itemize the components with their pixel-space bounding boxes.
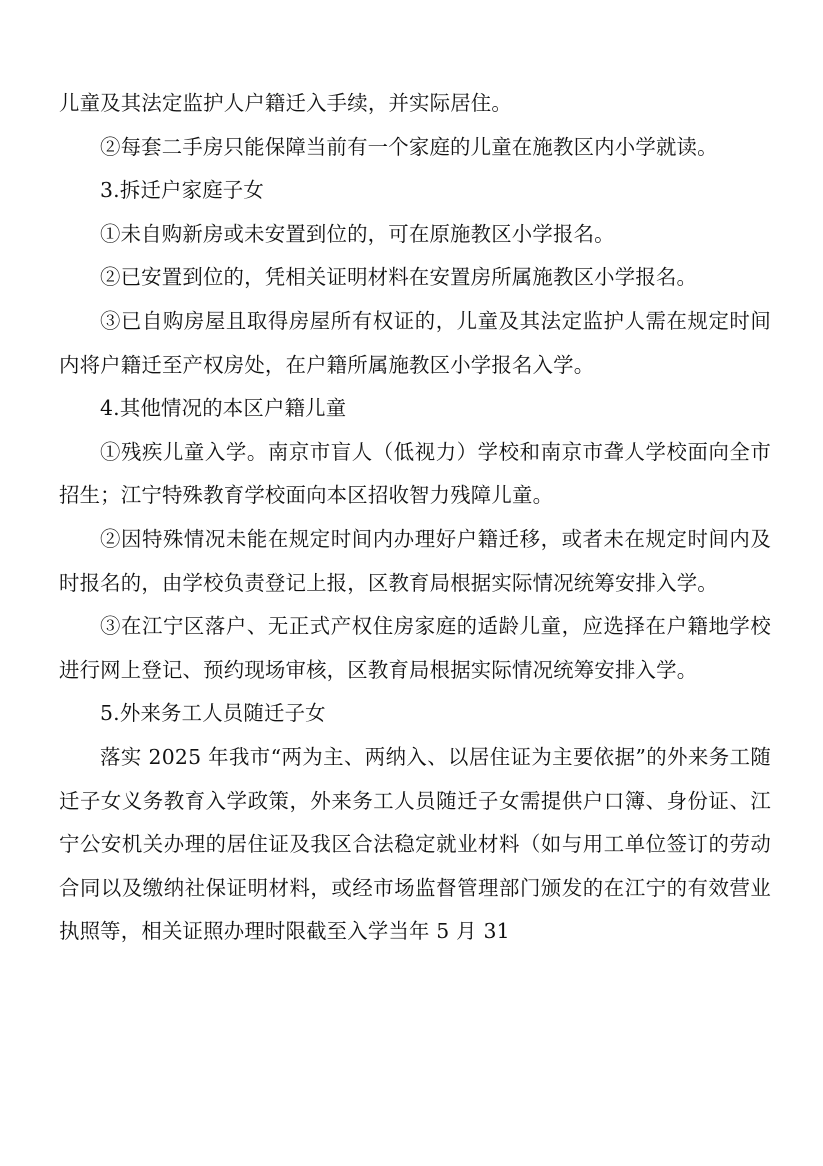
section-heading-relocated-families: 3.拆迁户家庭子女 (59, 169, 771, 213)
paragraph-special-circumstances: ②因特殊情况未能在规定时间内办理好户籍迁移，或者未在规定时间内及时报名的，由学校… (59, 518, 771, 605)
document-page: 儿童及其法定监护人户籍迁入手续，并实际居住。 ②每套二手房只能保障当前有一个家庭… (59, 82, 771, 954)
paragraph-not-resettled: ①未自购新房或未安置到位的，可在原施教区小学报名。 (59, 213, 771, 257)
paragraph-second-hand-house-rule: ②每套二手房只能保障当前有一个家庭的儿童在施教区内小学就读。 (59, 126, 771, 170)
paragraph-migrant-policy: 落实 2025 年我市“两为主、两纳入、以居住证为主要依据”的外来务工随迁子女义… (59, 736, 771, 954)
paragraph-resettled: ②已安置到位的，凭相关证明材料在安置房所属施教区小学报名。 (59, 256, 771, 300)
section-heading-migrant-workers-children: 5.外来务工人员随迁子女 (59, 692, 771, 736)
paragraph-continuation: 儿童及其法定监护人户籍迁入手续，并实际居住。 (59, 82, 771, 126)
paragraph-self-purchased: ③已自购房屋且取得房屋所有权证的，儿童及其法定监护人需在规定时间内将户籍迁至产权… (59, 300, 771, 387)
paragraph-no-property-families: ③在江宁区落户、无正式产权住房家庭的适龄儿童，应选择在户籍地学校进行网上登记、预… (59, 605, 771, 692)
section-heading-other-local-children: 4.其他情况的本区户籍儿童 (59, 387, 771, 431)
paragraph-disabled-children: ①残疾儿童入学。南京市盲人（低视力）学校和南京市聋人学校面向全市招生；江宁特殊教… (59, 431, 771, 518)
